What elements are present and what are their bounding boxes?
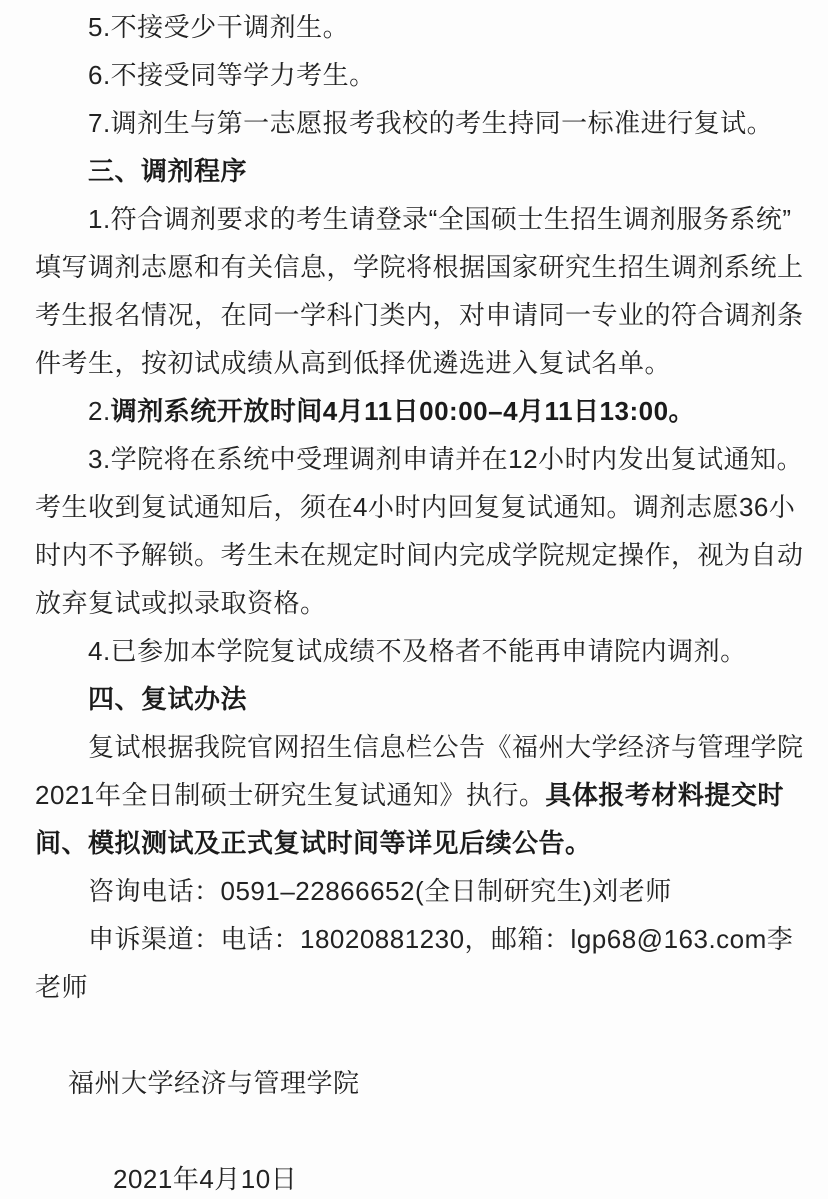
section4-heading: 四、复试办法 (35, 675, 800, 723)
appeal-channel-line2: 老师 (35, 963, 800, 1011)
section4-para-line1: 复试根据我院官网招生信息栏公告《福州大学经济与管理学院 (35, 723, 800, 771)
section3-item2-text: 调剂系统开放时间4月11日00:00–4月11日13:00。 (111, 396, 695, 426)
section3-item2: 2.调剂系统开放时间4月11日00:00–4月11日13:00。 (35, 387, 800, 435)
section3-para3-line4: 放弃复试或拟录取资格。 (35, 579, 800, 627)
rule-item-6: 6.不接受同等学力考生。 (35, 51, 800, 99)
section4-para-line3: 间、模拟测试及正式复试时间等详见后续公告。 (35, 819, 800, 867)
spacer (35, 1011, 800, 1059)
rule-item-5: 5.不接受少干调剂生。 (35, 3, 800, 51)
section4-para-line2: 2021年全日制硕士研究生复试通知》执行。具体报考材料提交时 (35, 771, 800, 819)
section3-para1-line1: 1.符合调剂要求的考生请登录“全国硕士生招生调剂服务系统” (35, 195, 800, 243)
section3-item2-number: 2. (88, 396, 111, 426)
spacer (35, 1107, 800, 1155)
date-line: 2021年4月10日 (35, 1155, 800, 1199)
appeal-channel-line1: 申诉渠道：电话：18020881230，邮箱：lgp68@163.com李 (35, 915, 800, 963)
document-page: 5.不接受少干调剂生。 6.不接受同等学力考生。 7.调剂生与第一志愿报考我校的… (0, 0, 828, 1199)
section4-para-line2-regular: 2021年全日制硕士研究生复试通知》执行。 (35, 780, 545, 810)
section3-para1-line3: 考生报名情况，在同一学科门类内，对申请同一专业的符合调剂条 (35, 291, 800, 339)
contact-phone-line: 咨询电话：0591–22866652(全日制研究生)刘老师 (35, 867, 800, 915)
section4-para-line2-bold: 具体报考材料提交时 (545, 780, 784, 810)
section3-para3-line1: 3.学院将在系统中受理调剂申请并在12小时内发出复试通知。 (35, 435, 800, 483)
section3-heading: 三、调剂程序 (35, 147, 800, 195)
section3-para3-line2: 考生收到复试通知后，须在4小时内回复复试通知。调剂志愿36小 (35, 483, 800, 531)
rule-item-7: 7.调剂生与第一志愿报考我校的考生持同一标准进行复试。 (35, 99, 800, 147)
section3-para1-line4: 件考生，按初试成绩从高到低择优遴选进入复试名单。 (35, 339, 800, 387)
signature-line: 福州大学经济与管理学院 (35, 1059, 800, 1107)
section3-para1-line2: 填写调剂志愿和有关信息，学院将根据国家研究生招生调剂系统上 (35, 243, 800, 291)
section3-para3-line3: 时内不予解锁。考生未在规定时间内完成学院规定操作，视为自动 (35, 531, 800, 579)
section3-item4: 4.已参加本学院复试成绩不及格者不能再申请院内调剂。 (35, 627, 800, 675)
